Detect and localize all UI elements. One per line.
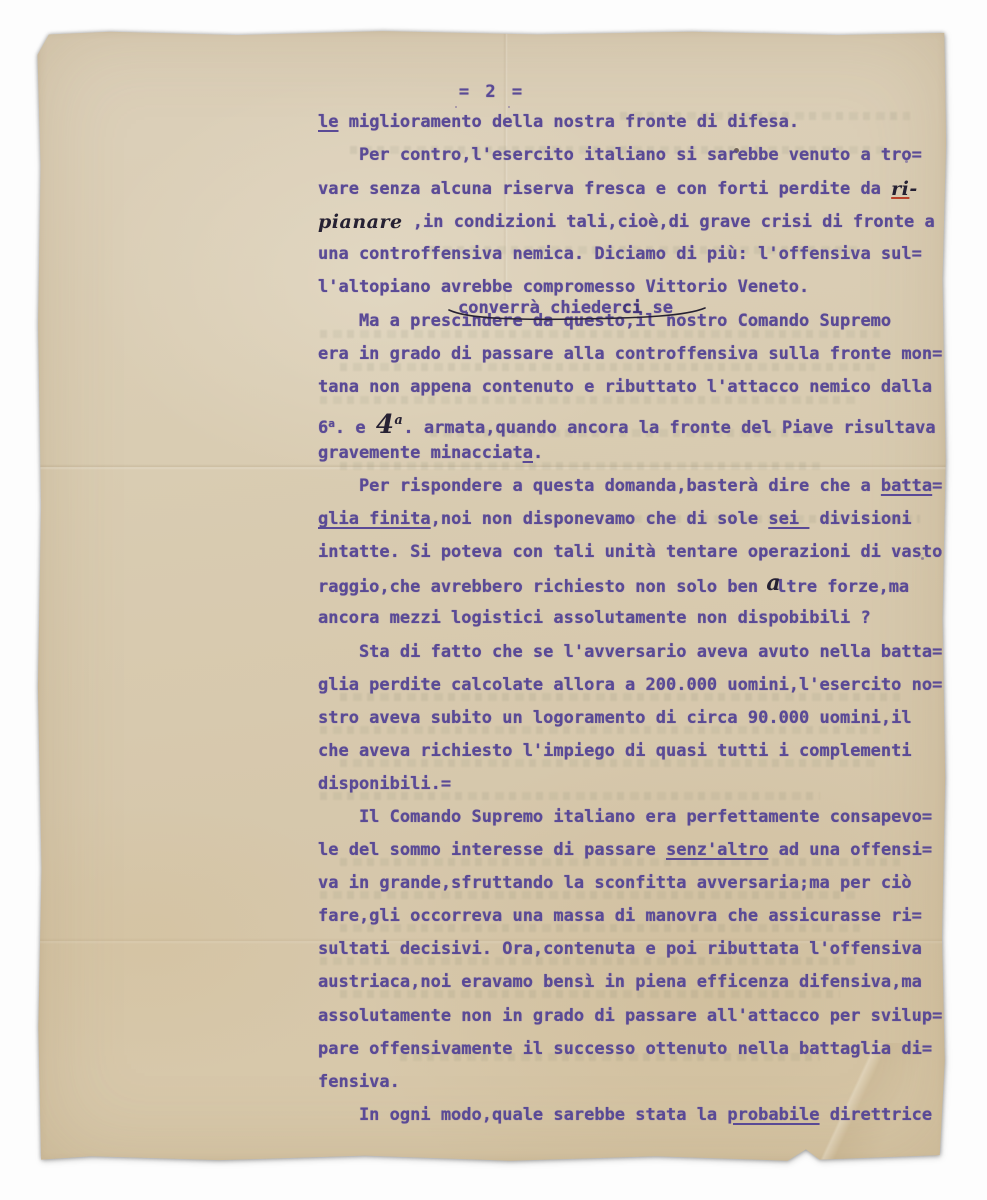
typed-segment: ltre forze,ma (776, 577, 909, 597)
typed-segment: raggio,che avrebbero richiesto non solo … (318, 577, 768, 597)
typed-line: pianare ,in condizioni tali,cioè,di grav… (318, 205, 966, 238)
typed-line: che aveva richiesto l'impiego di quasi t… (318, 735, 966, 768)
typed-segment: sultati decisivi. Ora,contenuta e poi ri… (318, 939, 922, 959)
typed-line: Per rispondere a questa domanda,basterà … (318, 470, 966, 503)
typed-segment: . e (335, 418, 376, 438)
typed-line: una controffensiva nemica. Diciamo di pi… (318, 238, 966, 271)
handwritten-annotation: a (394, 413, 403, 428)
typed-segment: le (318, 112, 338, 132)
typed-line: assolutamente non in grado di passare al… (318, 1000, 966, 1033)
typed-segment: = (932, 476, 942, 496)
typed-segment: Sta di fatto che se l'avversario aveva a… (318, 642, 942, 662)
typed-segment: glia perdite calcolate allora a 200.000 … (318, 675, 942, 695)
typed-line: In ogni modo,quale sarebbe stata la prob… (318, 1099, 966, 1132)
typed-segment: fensiva. (318, 1072, 400, 1092)
page-number: = 2 = (37, 82, 947, 102)
typed-segment: a (523, 443, 533, 463)
typed-segment: sei (768, 509, 809, 529)
typed-text: le miglioramento della nostra fronte di … (318, 106, 966, 1132)
typed-line: Ma a prescindere da questo,il nostro Com… (318, 305, 966, 338)
typed-segment: tana non appena contenuto e ributtato l'… (318, 377, 932, 397)
typed-line: vare senza alcuna riserva fresca e con f… (318, 172, 966, 205)
typed-segment: senz'altro (666, 840, 768, 860)
typed-line: austriaca,noi eravamo bensì in piena eff… (318, 966, 966, 999)
typed-line: fensiva. (318, 1066, 966, 1099)
typed-segment: Per contro,l'esercito italiano si sarebb… (318, 145, 922, 165)
typed-segment: fare,gli occorreva una massa di manovra … (318, 906, 922, 926)
typed-line: raggio,che avrebbero richiesto non solo … (318, 569, 966, 602)
typed-segment: Il Comando Supremo italiano era perfetta… (318, 807, 932, 827)
typed-line: stro aveva subito un logoramento di circ… (318, 702, 966, 735)
handwritten-annotation: 4 (376, 410, 395, 440)
typed-segment: direttrice (820, 1105, 933, 1125)
hand-underline-swash-icon (446, 306, 708, 322)
typed-segment: ancora mezzi logistici assolutamente non… (318, 608, 871, 628)
typed-line: fare,gli occorreva una massa di manovra … (318, 900, 966, 933)
typed-segment: vare senza alcuna riserva fresca e con f… (318, 179, 891, 199)
handwritten-annotation: pianare (318, 211, 403, 233)
typed-segment: 6 (318, 418, 328, 438)
typed-line: le miglioramento della nostra fronte di … (318, 106, 966, 139)
typed-segment: assolutamente non in grado di passare al… (318, 1006, 942, 1026)
document-page: = 2 = le miglioramento della nostra fron… (37, 30, 947, 1163)
typed-segment: divisioni (809, 509, 911, 529)
typed-segment: una controffensiva nemica. Diciamo di pi… (318, 244, 922, 264)
typed-line: sultati decisivi. Ora,contenuta e poi ri… (318, 933, 966, 966)
scan-background: = 2 = le miglioramento della nostra fron… (0, 0, 987, 1200)
typed-segment: va in grande,sfruttando la sconfitta avv… (318, 873, 912, 893)
typed-segment: In ogni modo,quale sarebbe stata la (318, 1105, 727, 1125)
typed-line: 6a. e 4a. armata,quando ancora la fronte… (318, 404, 966, 437)
typed-segment: stro aveva subito un logoramento di circ… (318, 708, 912, 728)
handwritten-annotation: - (909, 178, 917, 200)
typed-segment: a (328, 417, 335, 430)
typed-segment: che aveva richiesto l'impiego di quasi t… (318, 741, 912, 761)
typed-segment: disponibili.= (318, 774, 451, 794)
typed-segment: probabile (727, 1105, 819, 1125)
typed-segment: le del sommo interesse di passare (318, 840, 666, 860)
typed-segment: ad una offensi= (768, 840, 932, 860)
handwritten-annotation: ri (891, 178, 909, 200)
typed-line: Per contro,l'esercito italiano si sarebb… (318, 139, 966, 172)
typed-line: gravemente minacciata. (318, 437, 966, 470)
typed-line: intatte. Si poteva con tali unità tentar… (318, 536, 966, 569)
typed-line: Il Comando Supremo italiano era perfetta… (318, 801, 966, 834)
typed-segment: glia finita (318, 509, 431, 529)
typed-line: disponibili.= (318, 768, 966, 801)
handwritten-annotation: a (766, 570, 781, 596)
typed-line: va in grande,sfruttando la sconfitta avv… (318, 867, 966, 900)
typed-segment: . armata,quando ancora la fronte del Pia… (403, 418, 935, 438)
typed-segment: intatte. Si poteva con tali unità tentar… (318, 542, 942, 562)
typed-segment: pare offensivamente il successo ottenuto… (318, 1039, 932, 1059)
typed-line: glia perdite calcolate allora a 200.000 … (318, 669, 966, 702)
typed-segment: ,noi non disponevamo che di sole (431, 509, 769, 529)
typed-segment: ,in condizioni tali,cioè,di grave crisi … (403, 212, 935, 232)
typed-segment: austriaca,noi eravamo bensì in piena eff… (318, 972, 922, 992)
typed-line: glia finita,noi non disponevamo che di s… (318, 503, 966, 536)
typed-segment: . (533, 443, 543, 463)
typed-segment: era in grado di passare alla controffens… (318, 344, 942, 364)
inserted-annotation: converrà chiederci se (458, 292, 673, 325)
typed-line: Sta di fatto che se l'avversario aveva a… (318, 636, 966, 669)
typed-line: tana non appena contenuto e ributtato l'… (318, 371, 966, 404)
typed-line: era in grado di passare alla controffens… (318, 338, 966, 371)
typed-segment: miglioramento della nostra fronte di dif… (338, 112, 799, 132)
typed-segment: gravemente minacciat (318, 443, 523, 463)
document-page-wrap: = 2 = le miglioramento della nostra fron… (37, 30, 947, 1163)
typed-segment: batta (881, 476, 932, 496)
typed-segment: Per rispondere a questa domanda,basterà … (318, 476, 881, 496)
typed-line: pare offensivamente il successo ottenuto… (318, 1033, 966, 1066)
typed-line: le del sommo interesse di passare senz'a… (318, 834, 966, 867)
typed-line: ancora mezzi logistici assolutamente non… (318, 602, 966, 635)
